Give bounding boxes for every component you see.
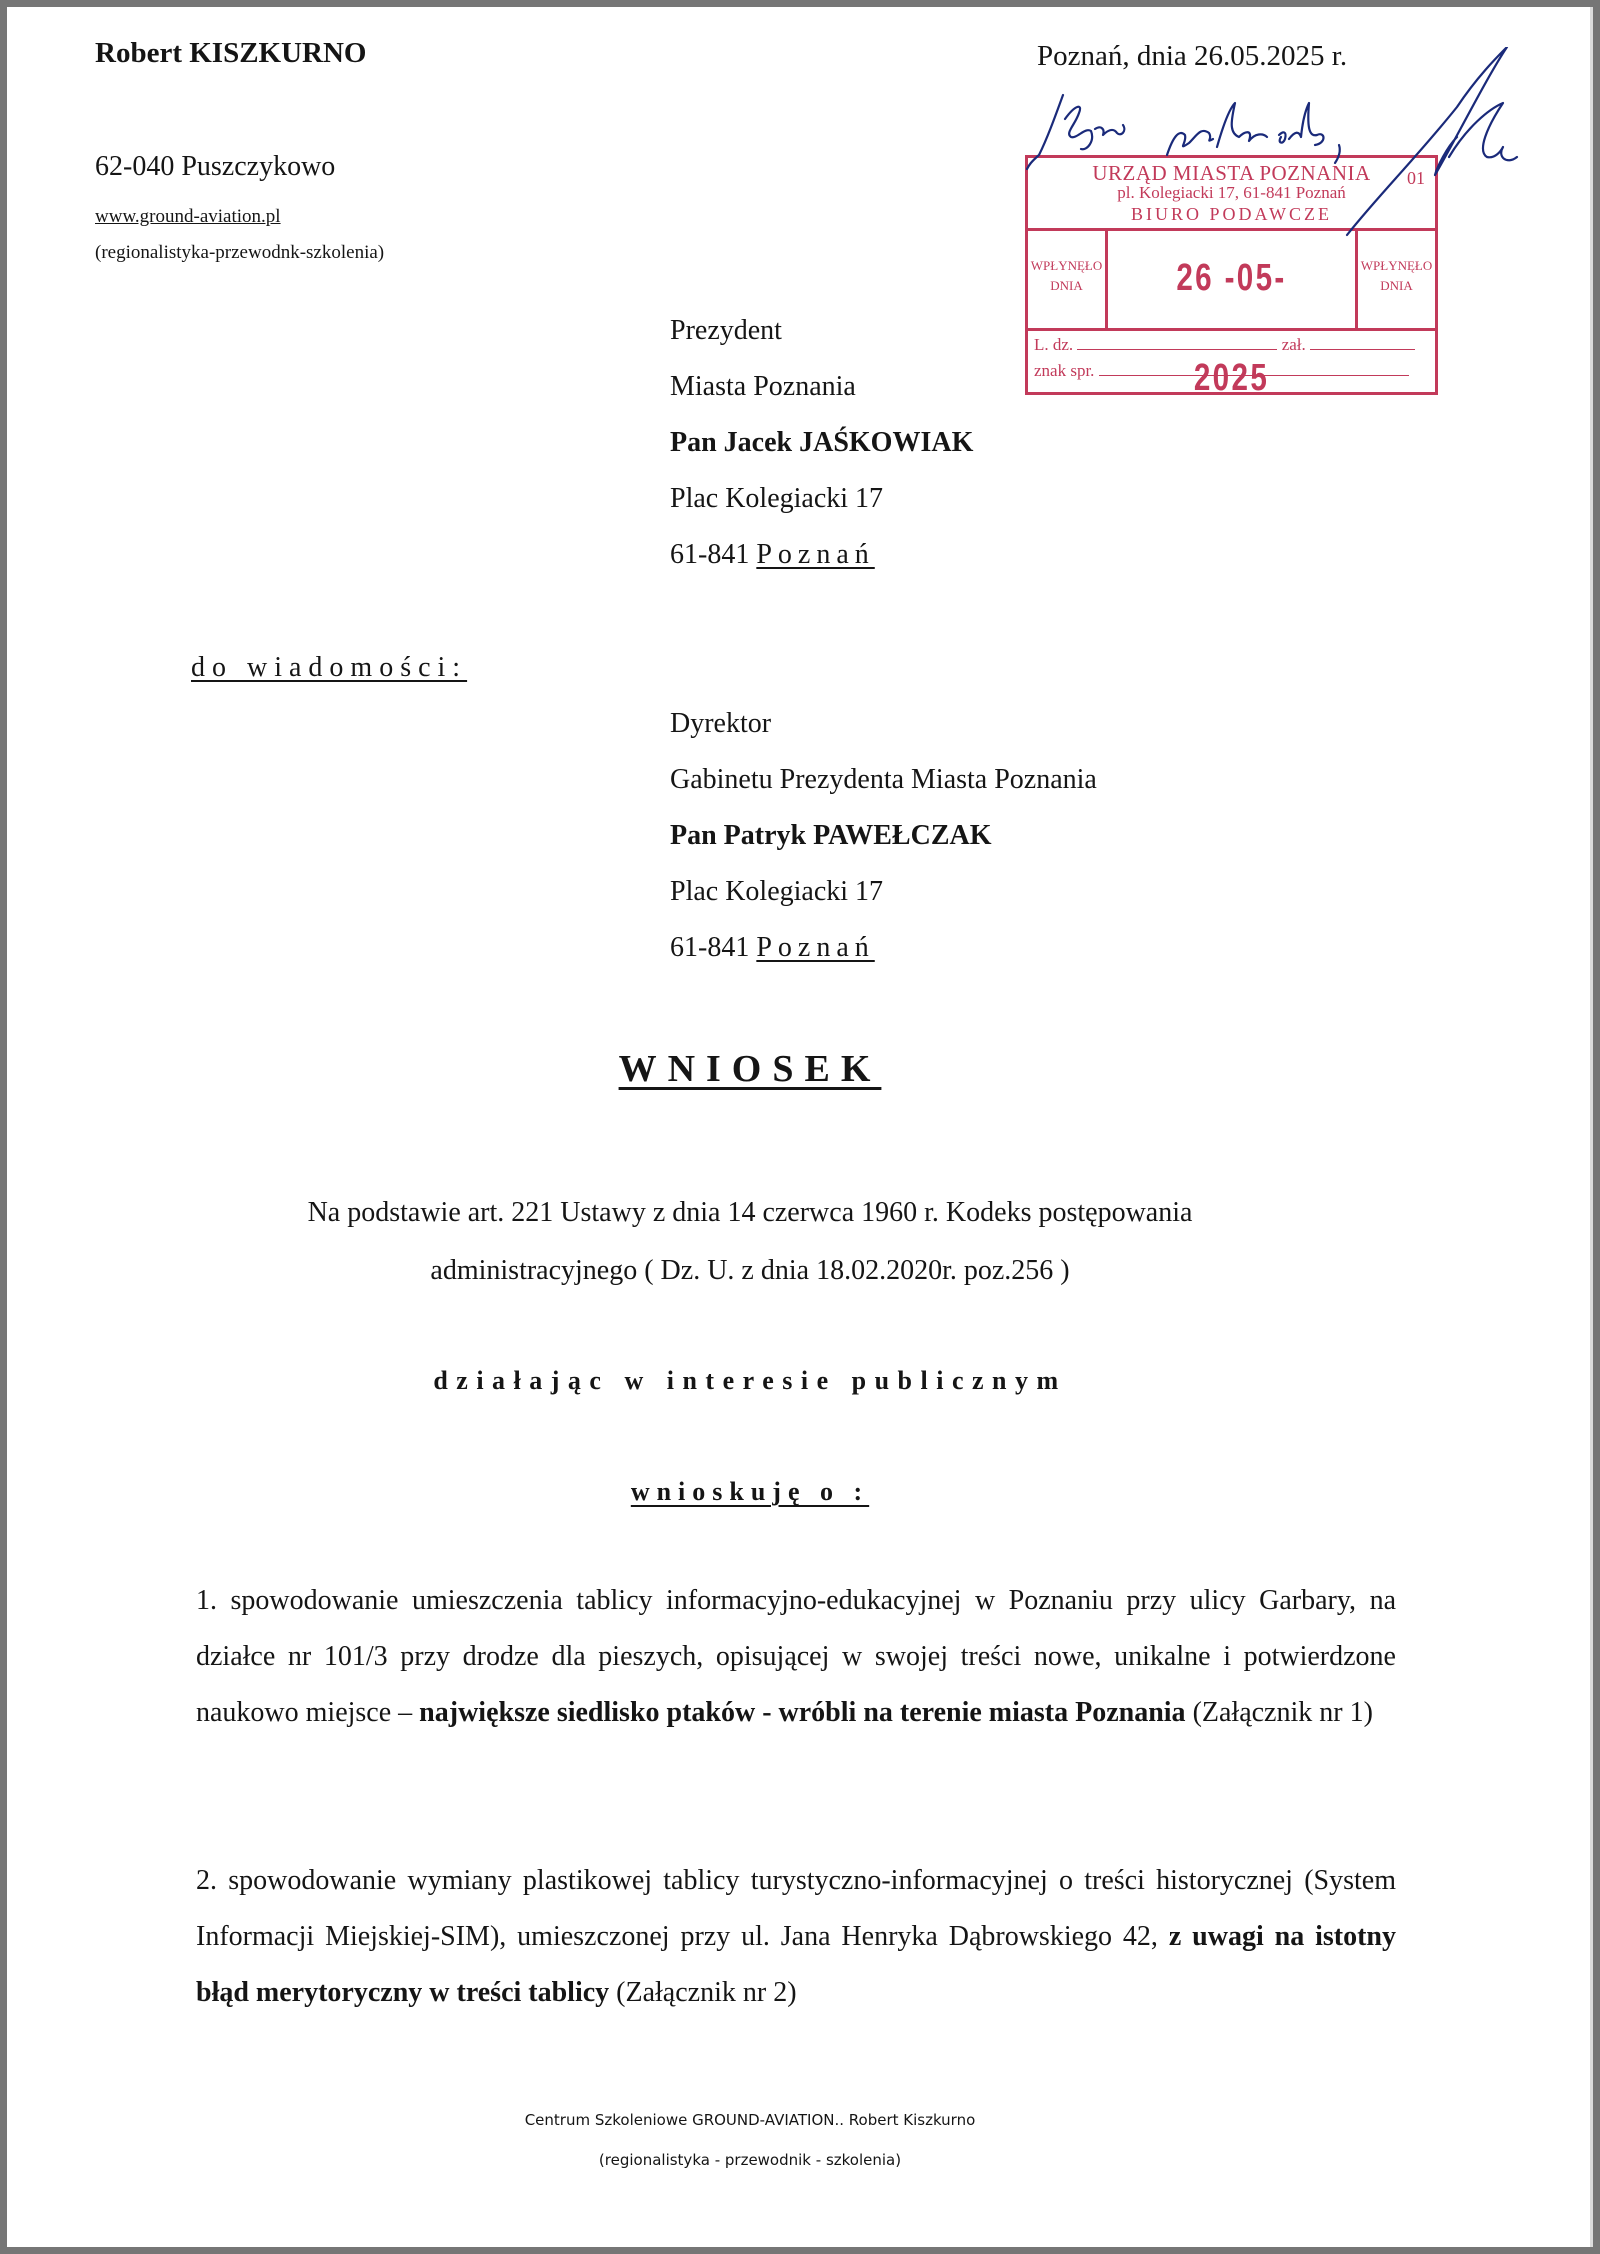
item-attachment-ref: (Załącznik nr 1)	[1186, 1697, 1373, 1728]
item-attachment-ref: (Załącznik nr 2)	[609, 1977, 796, 2008]
stamp-header: URZĄD MIASTA POZNANIA 01 pl. Kolegiacki …	[1028, 158, 1435, 231]
stamp-date-row: WPŁYNĘŁO DNIA 26 -05- 2025 WPŁYNĘŁO DNIA	[1028, 228, 1435, 331]
request-heading-text: wnioskuję o :	[631, 1477, 869, 1506]
recipient-city-line: 61-841 Poznań	[670, 527, 973, 583]
stamp-registry-fields: L. dz. zał. znak spr.	[1028, 331, 1435, 392]
registry-stamp: URZĄD MIASTA POZNANIA 01 pl. Kolegiacki …	[1025, 155, 1438, 395]
recipient-street: Plac Kolegiacki 17	[670, 471, 973, 527]
case-ref-blank	[1099, 361, 1409, 376]
stamp-received-label-left: WPŁYNĘŁO DNIA	[1028, 228, 1108, 328]
place-and-date: Poznań, dnia 26.05.2025 r.	[1037, 40, 1347, 73]
reg-no-blank	[1077, 335, 1277, 350]
cc-title-line2: Gabinetu Prezydenta Miasta Poznania	[670, 752, 1097, 808]
cc-recipient-address: Dyrektor Gabinetu Prezydenta Miasta Pozn…	[670, 696, 1097, 976]
case-ref-label: znak spr.	[1034, 361, 1094, 380]
received-label-line2: DNIA	[1028, 276, 1105, 296]
attachments-blank	[1310, 335, 1415, 350]
sender-address: 62-040 Puszczykowo	[95, 151, 335, 183]
sender-website-link[interactable]: www.ground-aviation.pl	[95, 206, 281, 228]
stamp-received-label-right: WPŁYNĘŁO DNIA	[1355, 228, 1435, 328]
item-text-bold: największe siedlisko ptaków - wróbli na …	[419, 1697, 1185, 1728]
stamp-received-date: 26 -05- 2025	[1138, 228, 1326, 328]
request-item-1: 1. spowodowanie umieszczenia tablicy inf…	[196, 1573, 1396, 1741]
cc-title-line1: Dyrektor	[670, 696, 1097, 752]
stamp-address: pl. Kolegiacki 17, 61-841 Poznań	[1028, 183, 1435, 203]
footer-description: (regionalistyka - przewodnik - szkolenia…	[7, 2151, 1493, 2169]
cc-city: Poznań	[756, 932, 874, 963]
recipient-address: Prezydent Miasta Poznania Pan Jacek JAŚK…	[670, 303, 973, 583]
legal-basis-line2: administracyjnego ( Dz. U. z dnia 18.02.…	[7, 1255, 1493, 1287]
cc-city-line: 61-841 Poznań	[670, 920, 1097, 976]
received-label-line2: DNIA	[1358, 276, 1435, 296]
legal-basis-line1: Na podstawie art. 221 Ustawy z dnia 14 c…	[7, 1197, 1493, 1229]
recipient-title-line2: Miasta Poznania	[670, 359, 973, 415]
recipient-title-line1: Prezydent	[670, 303, 973, 359]
acting-statement: działając w interesie publicznym	[7, 1366, 1493, 1396]
recipient-postal-code: 61-841	[670, 539, 749, 570]
attachments-label: zał.	[1282, 335, 1306, 354]
document-title: WNIOSEK	[7, 1047, 1493, 1091]
received-label-line1: WPŁYNĘŁO	[1028, 256, 1105, 276]
cc-postal-code: 61-841	[670, 932, 749, 963]
cc-label: do wiadomości:	[191, 652, 467, 684]
received-label-line1: WPŁYNĘŁO	[1358, 256, 1435, 276]
stamp-department: BIURO PODAWCZE	[1028, 204, 1435, 225]
recipient-name: Pan Jacek JAŚKOWIAK	[670, 415, 973, 471]
request-item-2: 2. spowodowanie wymiany plastikowej tabl…	[196, 1853, 1396, 2021]
sender-description: (regionalistyka-przewodnk-szkolenia)	[95, 242, 384, 264]
cc-name: Pan Patryk PAWEŁCZAK	[670, 808, 1097, 864]
reg-no-label: L. dz.	[1034, 335, 1073, 354]
document-title-text: WNIOSEK	[619, 1048, 882, 1090]
footer-company: Centrum Szkoleniowe GROUND-AVIATION.. Ro…	[7, 2111, 1493, 2129]
request-heading: wnioskuję o :	[7, 1477, 1493, 1507]
recipient-city: Poznań	[756, 539, 874, 570]
document-page: Robert KISZKURNO Poznań, dnia 26.05.2025…	[7, 7, 1593, 2247]
cc-street: Plac Kolegiacki 17	[670, 864, 1097, 920]
sender-name: Robert KISZKURNO	[95, 37, 366, 70]
